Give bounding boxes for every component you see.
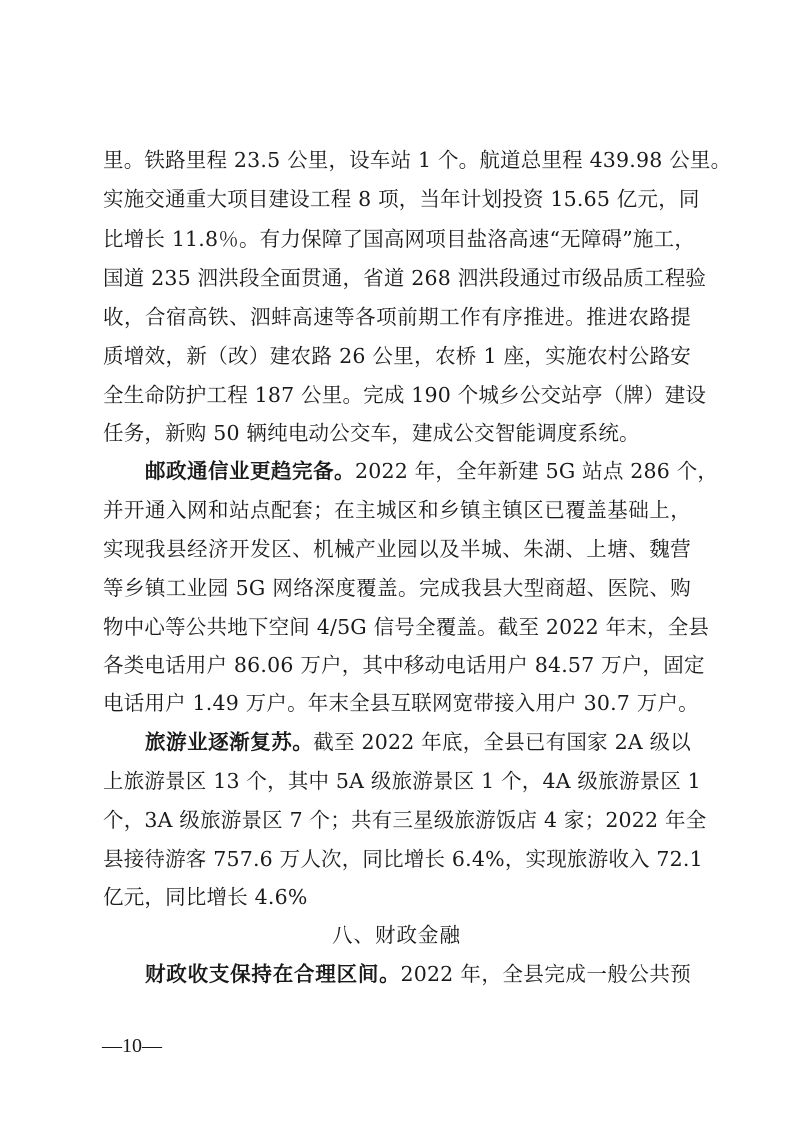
text-line: 并开通入网和站点配套；在主城区和乡镇主镇区已覆盖基础上， — [103, 497, 691, 523]
text-line: 亿元，同比增长 4.6% — [103, 884, 691, 910]
page-number: —10— — [102, 1033, 162, 1059]
text-line: 县接待游客 757.6 万人次，同比增长 6.4%，实现旅游收入 72.1 — [103, 846, 691, 872]
paragraph-lead: 旅游业逐渐复苏。 — [145, 730, 313, 754]
paragraph-first-line: 邮政通信业更趋完备。2022 年，全年新建 5G 站点 286 个， — [145, 458, 691, 484]
paragraph-first-line: 财政收支保持在合理区间。2022 年，全县完成一般公共预 — [145, 961, 691, 987]
text-line: 任务，新购 50 辆纯电动公交车，建成公交智能调度系统。 — [103, 420, 691, 446]
text-line: 全生命防护工程 187 公里。完成 190 个城乡公交站亭（牌）建设 — [103, 382, 691, 408]
section-heading: 八、财政金融 — [0, 922, 793, 948]
text-line: 国道 235 泗洪段全面贯通，省道 268 泗洪段通过市级品质工程验 — [103, 265, 691, 291]
text-line: 上旅游景区 13 个，其中 5A 级旅游景区 1 个，4A 级旅游景区 1 — [103, 768, 691, 794]
paragraph-lead: 邮政通信业更趋完备。 — [145, 459, 355, 483]
text-line: 收，合宿高铁、泗蚌高速等各项前期工作有序推进。推进农路提 — [103, 304, 691, 330]
text-line: 个，3A 级旅游景区 7 个；共有三星级旅游饭店 4 家；2022 年全 — [103, 807, 691, 833]
text-run: 2022 年，全年新建 5G 站点 286 个， — [355, 459, 718, 483]
text-line: 物中心等公共地下空间 4/5G 信号全覆盖。截至 2022 年末，全县 — [103, 614, 691, 640]
text-line: 里。铁路里程 23.5 公里，设车站 1 个。航道总里程 439.98 公里。 — [103, 147, 691, 173]
text-line: 实施交通重大项目建设工程 8 项，当年计划投资 15.65 亿元，同 — [103, 186, 691, 212]
document-page: 里。铁路里程 23.5 公里，设车站 1 个。航道总里程 439.98 公里。 … — [0, 0, 793, 1122]
text-line: 等乡镇工业园 5G 网络深度覆盖。完成我县大型商超、医院、购 — [103, 575, 691, 601]
text-line: 质增效，新（改）建农路 26 公里，农桥 1 座，实施农村公路安 — [103, 343, 691, 369]
paragraph-first-line: 旅游业逐渐复苏。截至 2022 年底，全县已有国家 2A 级以 — [145, 729, 691, 755]
text-run: 截至 2022 年底，全县已有国家 2A 级以 — [313, 730, 691, 754]
text-line: 电话用户 1.49 万户。年末全县互联网宽带接入用户 30.7 万户。 — [103, 690, 691, 716]
text-run: 2022 年，全县完成一般公共预 — [400, 962, 691, 986]
text-line: 实现我县经济开发区、机械产业园以及半城、朱湖、上塘、魏营 — [103, 536, 691, 562]
text-line: 各类电话用户 86.06 万户，其中移动电话用户 84.57 万户，固定 — [103, 652, 691, 678]
text-line: 比增长 11.8％。有力保障了国高网项目盐洛高速“无障碍”施工， — [103, 226, 691, 252]
paragraph-lead: 财政收支保持在合理区间。 — [145, 962, 400, 986]
